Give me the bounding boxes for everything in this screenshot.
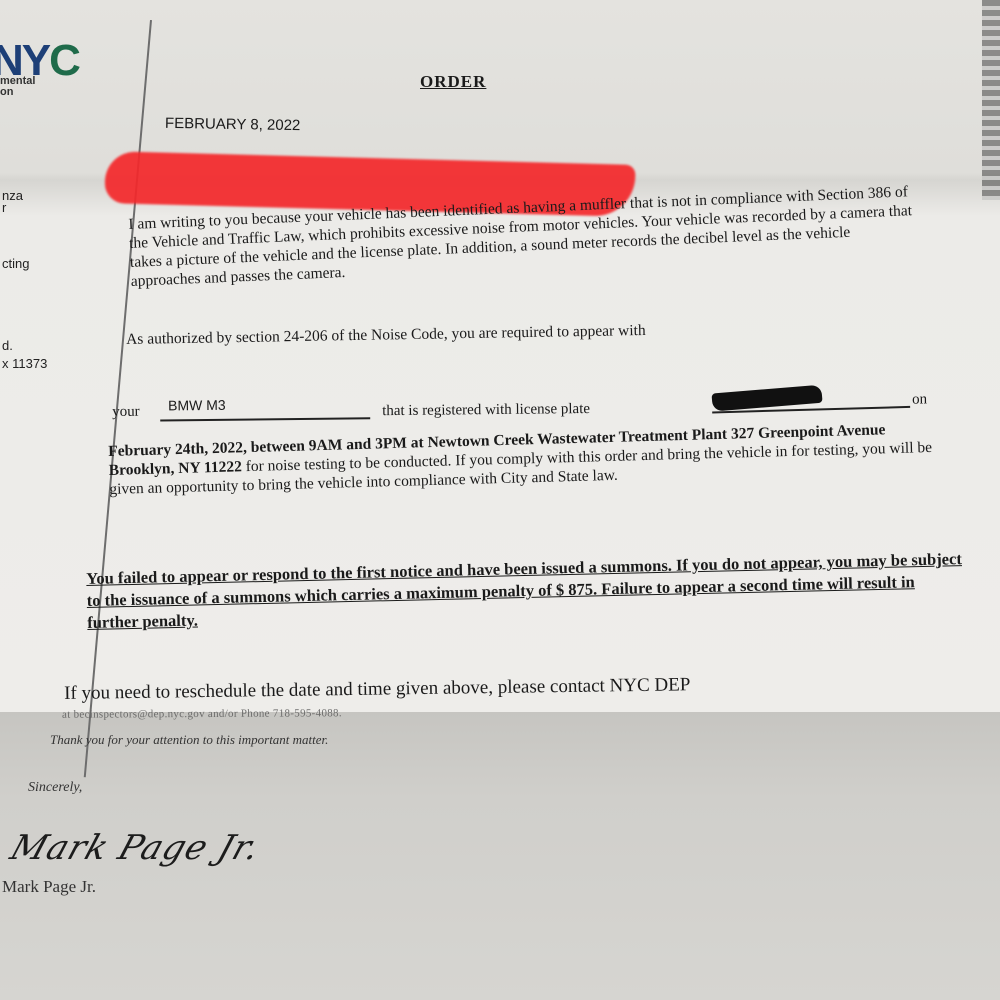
sidebar-fragment: cting (2, 256, 29, 271)
sidebar-fragment: d. (2, 338, 13, 353)
logo-subtitle: mental on (0, 76, 35, 98)
vehicle-underline (160, 417, 370, 421)
closing: Sincerely, (28, 780, 82, 796)
sidebar-fragment: r (2, 200, 6, 215)
vehicle-prefix: your (112, 404, 140, 421)
background-document-edge (982, 0, 1000, 200)
document-date: FEBRUARY 8, 2022 (165, 115, 301, 134)
vehicle-suffix: on (912, 391, 927, 408)
vehicle-value: BMW M3 (168, 397, 226, 414)
sidebar-fragment: x 11373 (2, 356, 47, 371)
signer-name: Mark Page Jr. (2, 877, 96, 897)
contact-info: at becinspectors@dep.nyc.gov and/or Phon… (62, 707, 342, 720)
plate-label: that is registered with license plate (382, 401, 590, 420)
logo-subtitle-line-2: on (0, 87, 35, 98)
signature: Mark Page Jr. (6, 828, 266, 868)
thank-you-line: Thank you for your attention to this imp… (50, 732, 328, 748)
document-title: ORDER (420, 72, 486, 92)
logo-text-c: C (49, 36, 79, 85)
